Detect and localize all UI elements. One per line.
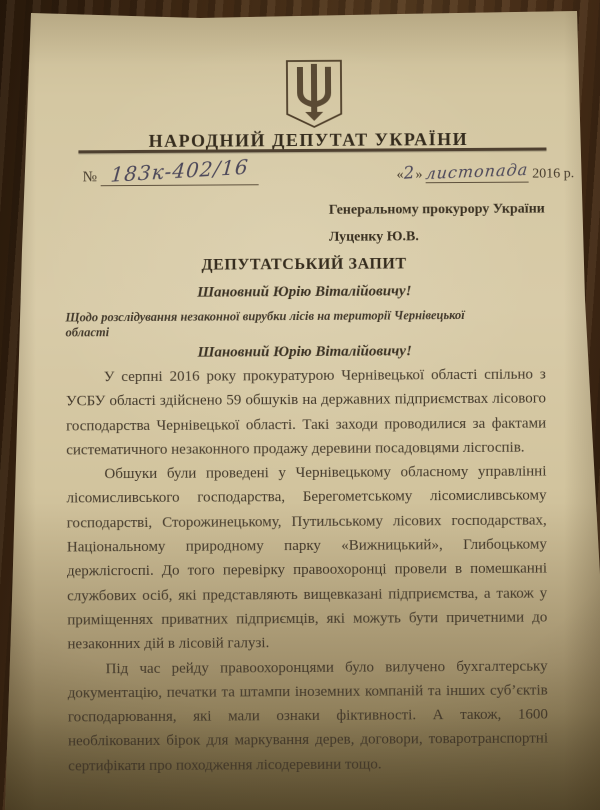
paragraph-2: Обшуки були проведені у Чернівецькому об…: [66, 460, 547, 657]
ref-number-label: №: [83, 169, 97, 186]
subject-line: Щодо розслідування незаконної вирубки лі…: [65, 308, 505, 341]
addressee-line2: Луценку Ю.В.: [329, 223, 545, 251]
date-line: «2» листопада 2016 р.: [397, 162, 575, 184]
body-text: У серпні 2016 року прокуратурою Чернівец…: [66, 362, 549, 778]
photo-of-document: НАРОДНИЙ ДЕПУТАТ УКРАЇНИ № 183к-402/16 «…: [0, 0, 600, 810]
document-content: НАРОДНИЙ ДЕПУТАТ УКРАЇНИ № 183к-402/16 «…: [0, 0, 600, 810]
salutation-line: Шановний Юрію Віталійовичу!: [59, 282, 549, 302]
paragraph-1: У серпні 2016 року прокуратурою Чернівец…: [66, 362, 547, 462]
ukraine-trident-emblem-icon: [285, 59, 343, 129]
ref-number-value: 183к-402/16: [110, 155, 250, 187]
ref-number-handwritten: 183к-402/16: [100, 158, 258, 186]
document-title: ДЕПУТАТСЬКИЙ ЗАПИТ: [59, 254, 549, 275]
paragraph-3: Під час рейду правоохоронцями було вилуч…: [68, 654, 549, 778]
addressee-line1: Генеральному прокурору України: [329, 196, 545, 224]
document-paper: НАРОДНИЙ ДЕПУТАТ УКРАЇНИ № 183к-402/16 «…: [0, 0, 600, 810]
date-quote-close: »: [415, 167, 422, 182]
date-month-handwritten: листопада: [426, 162, 529, 184]
date-year-printed: 2016 р.: [532, 166, 574, 181]
date-day-handwritten: 2: [403, 163, 416, 184]
addressee-block: Генеральному прокурору України Луценку Ю…: [329, 196, 545, 251]
salutation-line-repeat: Шановний Юрію Віталійовичу!: [60, 342, 550, 362]
